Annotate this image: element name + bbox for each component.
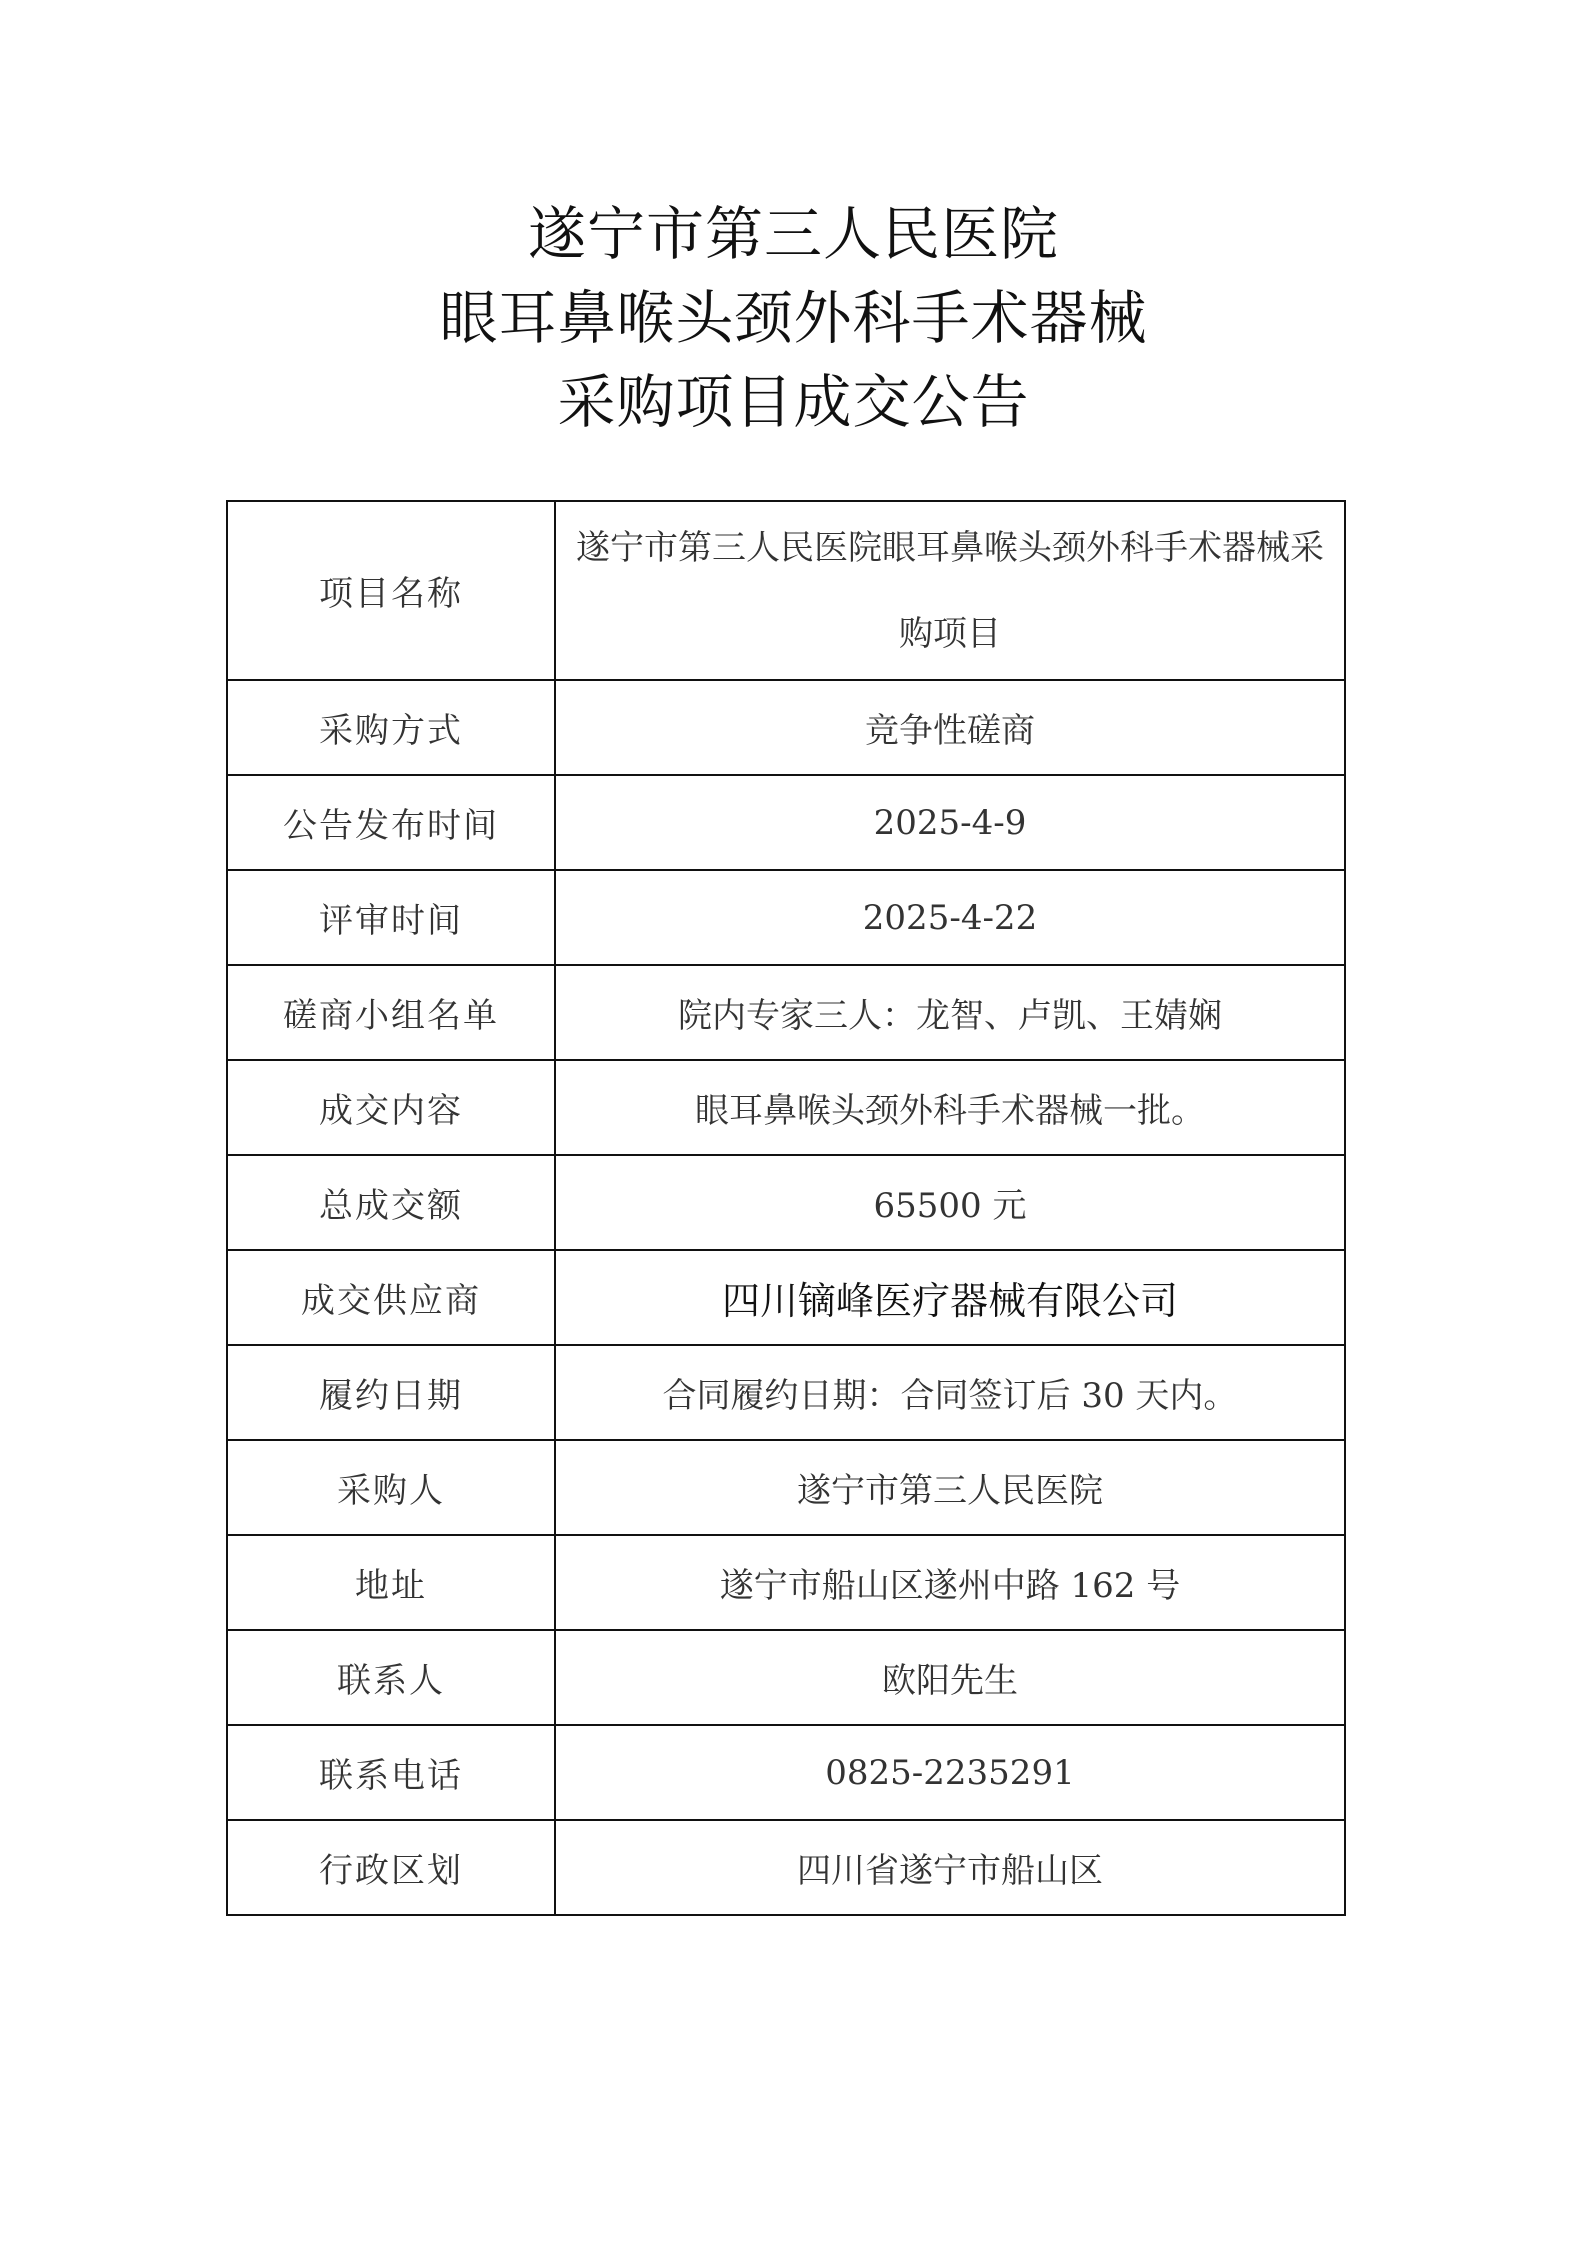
row-label: 项目名称: [227, 501, 555, 680]
row-label: 联系人: [227, 1630, 555, 1725]
row-value: 欧阳先生: [555, 1630, 1345, 1725]
row-value: 四川镝峰医疗器械有限公司: [555, 1250, 1345, 1345]
table-row-panel-members: 磋商小组名单 院内专家三人：龙智、卢凯、王婧娴: [227, 965, 1345, 1060]
row-label: 采购方式: [227, 680, 555, 775]
row-value: 眼耳鼻喉头颈外科手术器械一批。: [555, 1060, 1345, 1155]
table-row-address: 地址 遂宁市船山区遂州中路 162 号: [227, 1535, 1345, 1630]
row-label: 磋商小组名单: [227, 965, 555, 1060]
row-value: 遂宁市第三人民医院: [555, 1440, 1345, 1535]
row-value: 竞争性磋商: [555, 680, 1345, 775]
row-value: 65500 元: [555, 1155, 1345, 1250]
table-row-performance-date: 履约日期 合同履约日期：合同签订后 30 天内。: [227, 1345, 1345, 1440]
table-row-publish-date: 公告发布时间 2025-4-9: [227, 775, 1345, 870]
row-label: 成交供应商: [227, 1250, 555, 1345]
row-value: 2025-4-9: [555, 775, 1345, 870]
row-label: 采购人: [227, 1440, 555, 1535]
row-value: 遂宁市第三人民医院眼耳鼻喉头颈外科手术器械采购项目: [555, 501, 1345, 680]
row-value: 2025-4-22: [555, 870, 1345, 965]
title-line-hospital: 遂宁市第三人民医院: [0, 192, 1587, 276]
row-value: 合同履约日期：合同签订后 30 天内。: [555, 1345, 1345, 1440]
row-label: 公告发布时间: [227, 775, 555, 870]
table-row-total-amount: 总成交额 65500 元: [227, 1155, 1345, 1250]
title-line-notice: 采购项目成交公告: [0, 360, 1587, 444]
row-value: 院内专家三人：龙智、卢凯、王婧娴: [555, 965, 1345, 1060]
table-row-contact-phone: 联系电话 0825-2235291: [227, 1725, 1345, 1820]
row-label: 行政区划: [227, 1820, 555, 1915]
row-label: 联系电话: [227, 1725, 555, 1820]
table-row-contact-person: 联系人 欧阳先生: [227, 1630, 1345, 1725]
table-row-project-name: 项目名称 遂宁市第三人民医院眼耳鼻喉头颈外科手术器械采购项目: [227, 501, 1345, 680]
table-row-procurement-method: 采购方式 竞争性磋商: [227, 680, 1345, 775]
table-row-review-date: 评审时间 2025-4-22: [227, 870, 1345, 965]
row-value: 遂宁市船山区遂州中路 162 号: [555, 1535, 1345, 1630]
row-label: 评审时间: [227, 870, 555, 965]
row-label: 履约日期: [227, 1345, 555, 1440]
title-line-department: 眼耳鼻喉头颈外科手术器械: [0, 276, 1587, 360]
row-label: 总成交额: [227, 1155, 555, 1250]
table-row-award-content: 成交内容 眼耳鼻喉头颈外科手术器械一批。: [227, 1060, 1345, 1155]
table-row-supplier: 成交供应商 四川镝峰医疗器械有限公司: [227, 1250, 1345, 1345]
row-value: 0825-2235291: [555, 1725, 1345, 1820]
row-value: 四川省遂宁市船山区: [555, 1820, 1345, 1915]
table-row-admin-region: 行政区划 四川省遂宁市船山区: [227, 1820, 1345, 1915]
award-notice-table: 项目名称 遂宁市第三人民医院眼耳鼻喉头颈外科手术器械采购项目 采购方式 竞争性磋…: [226, 500, 1346, 1916]
row-label: 成交内容: [227, 1060, 555, 1155]
document-title: 遂宁市第三人民医院 眼耳鼻喉头颈外科手术器械 采购项目成交公告: [0, 192, 1587, 444]
row-label: 地址: [227, 1535, 555, 1630]
table-row-purchaser: 采购人 遂宁市第三人民医院: [227, 1440, 1345, 1535]
